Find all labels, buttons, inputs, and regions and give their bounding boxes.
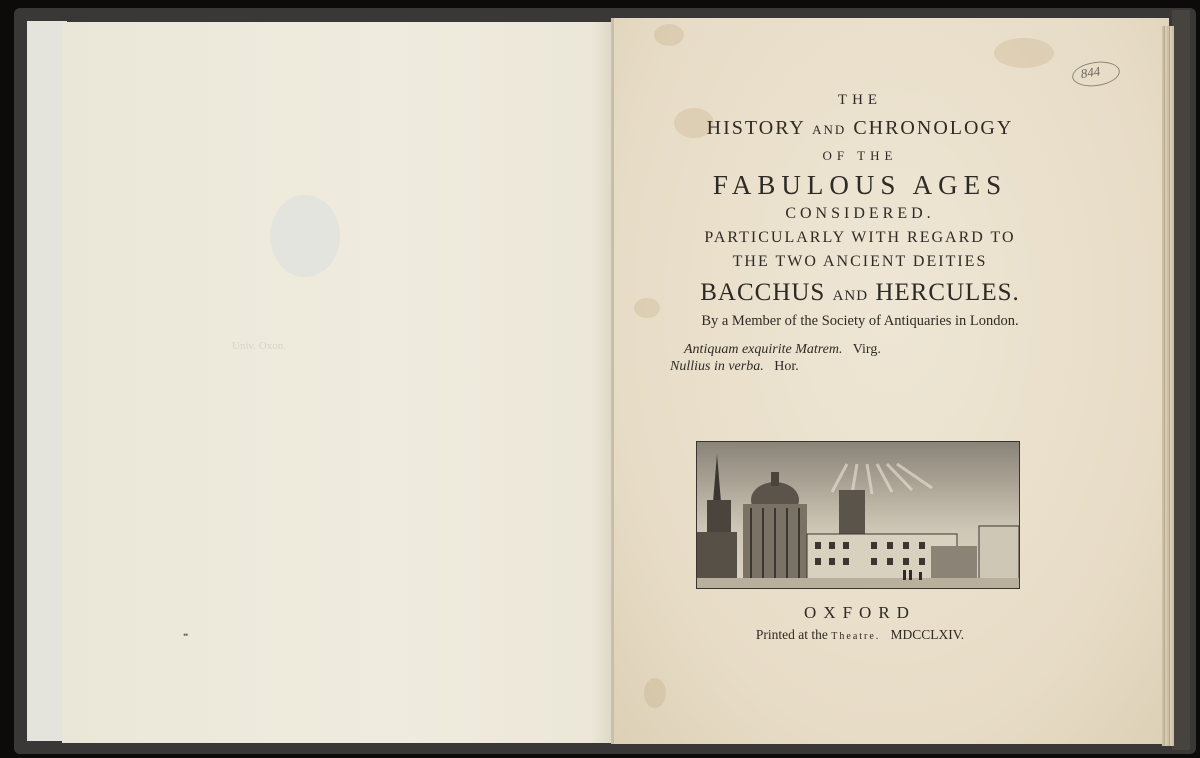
bleed-through-text: Univ. Oxon. (232, 340, 286, 352)
title-line-the: THE (640, 92, 1080, 109)
title-line-considered: CONSIDERED. (640, 205, 1080, 223)
shelfmark-number: 844 (1080, 63, 1102, 82)
imprint-year: MDCCLXIV. (890, 627, 964, 642)
motto-source: Virg. (853, 342, 881, 357)
title-word-chronology: CHRONOLOGY (853, 117, 1013, 139)
title-word-and: AND (812, 122, 846, 137)
oxford-engraving (696, 441, 1020, 589)
title-word-and: AND (833, 288, 869, 304)
ink-speck: •• (183, 630, 187, 640)
title-line-fabulous-ages: FABULOUS AGES (640, 170, 1080, 201)
author-line: By a Member of the Society of Antiquarie… (640, 313, 1080, 330)
motto-source: Hor. (774, 359, 799, 374)
blank-flyleaf (62, 22, 614, 743)
place-of-publication: OXFORD (640, 603, 1080, 623)
motto-1: Antiquam exquirite Matrem. Virg. (684, 342, 1080, 358)
imprint-line: Printed at the Theatre. MDCCLXIV. (640, 627, 1080, 643)
foxing-spot (644, 678, 666, 708)
title-line-history: HISTORY AND CHRONOLOGY (640, 117, 1080, 140)
title-line-particularly: PARTICULARLY WITH REGARD TO (640, 229, 1080, 247)
motto-2: Nullius in verba. Hor. (670, 359, 1080, 375)
foxing-spot (994, 38, 1054, 68)
imprint-press: Theatre. (831, 631, 880, 642)
pastedown (27, 21, 67, 741)
title-line-bacchus-hercules: BACCHUS AND HERCULES. (640, 279, 1080, 307)
foxing-spot (654, 24, 684, 46)
bleed-through-stamp-icon (270, 195, 340, 277)
title-word-bacchus: BACCHUS (700, 279, 825, 306)
oxford-skyline-icon (697, 442, 1019, 588)
title-word-hercules: HERCULES. (875, 279, 1019, 306)
cover-edge (1172, 10, 1190, 750)
page-edges (1162, 26, 1174, 746)
imprint-prefix: Printed at the (756, 627, 828, 642)
left-page (62, 22, 614, 743)
motto-quote: Nullius in verba. (670, 359, 764, 374)
title-line-two-deities: THE TWO ANCIENT DEITIES (640, 253, 1080, 271)
title-block: THE HISTORY AND CHRONOLOGY OF THE FABULO… (640, 92, 1080, 375)
title-line-of-the: OF THE (640, 148, 1080, 164)
title-word-history: HISTORY (707, 117, 805, 139)
motto-quote: Antiquam exquirite Matrem. (684, 342, 843, 357)
